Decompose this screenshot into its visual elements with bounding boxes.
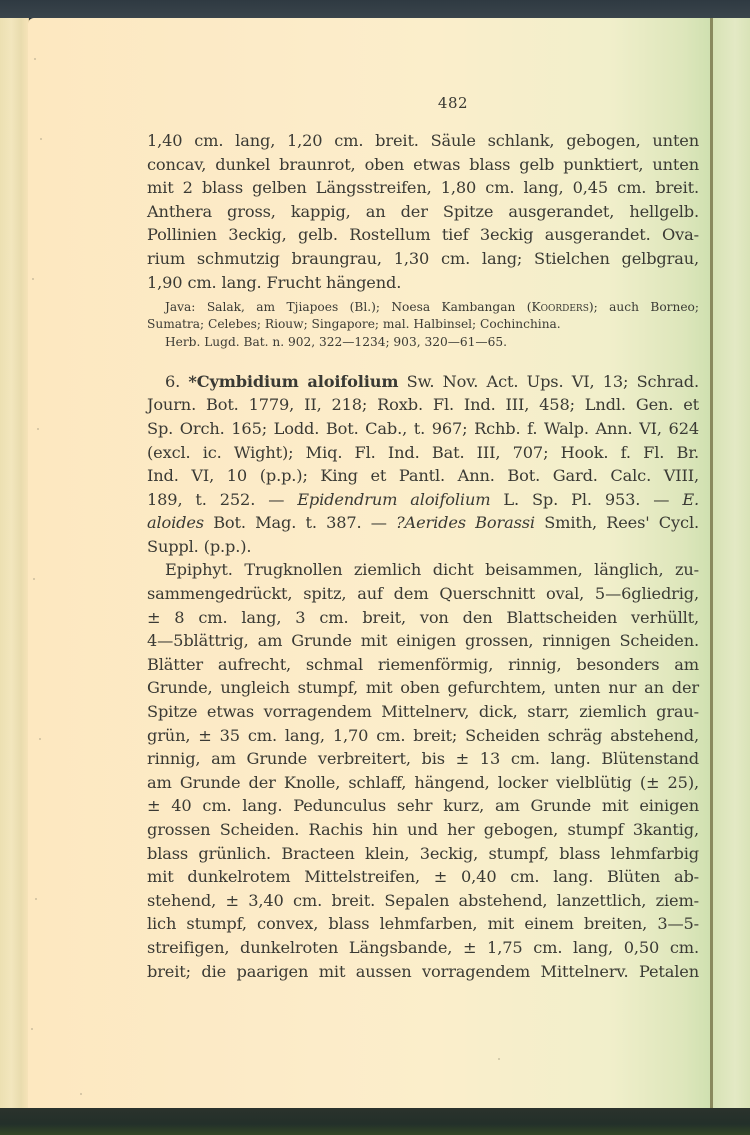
species-number: 6.: [165, 372, 180, 391]
text-line: Grunde, ungleich stumpf, mit oben gefurc…: [147, 676, 699, 700]
species-entry: 6. *Cymbidium aloifolium Sw. Nov. Act. U…: [147, 370, 699, 559]
text-line: grossen Scheiden. Rachis hin und her geb…: [147, 818, 699, 842]
text-line: Anthera gross, kappig, an der Spitze aus…: [147, 200, 699, 224]
text-line: 1,40 cm. lang, 1,20 cm. breit. Säule sch…: [147, 129, 699, 153]
text-line: Pollinien 3eckig, gelb. Rostellum tief 3…: [147, 223, 699, 247]
citation-line: Sp. Orch. 165; Lodd. Bot. Cab., t. 967; …: [147, 417, 699, 441]
citation-line: Ind. VI, 10 (p.p.); King et Pantl. Ann. …: [147, 464, 699, 488]
herbarium-reference: Herb. Lugd. Bat. n. 902, 322—1234; 903, …: [147, 334, 699, 351]
distribution-text: Java: Salak, am Tjiapoes (Bl.); Noesa Ka…: [165, 300, 532, 314]
distribution-line: Java: Salak, am Tjiapoes (Bl.); Noesa Ka…: [147, 299, 699, 316]
text-line: blass grünlich. Bracteen klein, 3eckig, …: [147, 842, 699, 866]
page-number: 482: [207, 94, 699, 112]
synonym-name: ?Aerides Borassi: [396, 513, 535, 532]
text-line: 1,90 cm. lang. Frucht hängend.: [147, 271, 699, 295]
citation-text: Bot. Mag. t. 387. —: [204, 513, 396, 532]
scan-bottom-border: [0, 1108, 750, 1135]
text-line: lich stumpf, convex, blass lehmfarben, m…: [147, 912, 699, 936]
paragraph-continued: 1,40 cm. lang, 1,20 cm. breit. Säule sch…: [147, 129, 699, 294]
species-name: *Cymbidium aloifolium: [188, 372, 398, 391]
text-line: am Grunde der Knolle, schlaff, hängend, …: [147, 771, 699, 795]
text-line: grün, ± 35 cm. lang, 1,70 cm. breit; Sch…: [147, 724, 699, 748]
citation-line: Suppl. (p.p.).: [147, 535, 699, 559]
text-line: concav, dunkel braunrot, oben etwas blas…: [147, 153, 699, 177]
distribution-note: Java: Salak, am Tjiapoes (Bl.); Noesa Ka…: [147, 299, 699, 351]
text-line: Spitze etwas vorragendem Mittelnerv, dic…: [147, 700, 699, 724]
distribution-text: ); auch Borneo;: [589, 300, 699, 314]
citation-line: (excl. ic. Wight); Miq. Fl. Ind. Bat. II…: [147, 441, 699, 465]
text-line: Blätter aufrecht, schmal riemenförmig, r…: [147, 653, 699, 677]
citation-line: aloides Bot. Mag. t. 387. — ?Aerides Bor…: [147, 511, 699, 535]
text-line: ± 40 cm. lang. Pedunculus sehr kurz, am …: [147, 794, 699, 818]
species-description: Epiphyt. Trugknollen ziemlich dicht beis…: [147, 558, 699, 983]
text-line: Epiphyt. Trugknollen ziemlich dicht beis…: [147, 558, 699, 582]
text-line: ± 8 cm. lang, 3 cm. breit, von den Blatt…: [147, 606, 699, 630]
citation-line: Journ. Bot. 1779, II, 218; Roxb. Fl. Ind…: [147, 393, 699, 417]
text-line: rinnig, am Grunde verbreitert, bis ± 13 …: [147, 747, 699, 771]
text-column: 482 1,40 cm. lang, 1,20 cm. breit. Säule…: [147, 94, 699, 983]
text-line: streifigen, dunkelroten Längsbande, ± 1,…: [147, 936, 699, 960]
scan-top-border: [0, 0, 750, 18]
citation-text: Smith, Rees' Cycl.: [535, 513, 699, 532]
synonym-name: E.: [682, 490, 699, 509]
text-line: breit; die paarigen mit aussen vorragend…: [147, 960, 699, 984]
text-line: sammengedrückt, spitz, auf dem Querschni…: [147, 582, 699, 606]
text-line: mit dunkelrotem Mittelstreifen, ± 0,40 c…: [147, 865, 699, 889]
citation-text: L. Sp. Pl. 953. —: [490, 490, 682, 509]
text-line: 4—5blättrig, am Grunde mit einigen gross…: [147, 629, 699, 653]
citation-text: Sw. Nov. Act. Ups. VI, 13; Schrad.: [407, 372, 699, 391]
book-gutter-left: [0, 18, 29, 1108]
text-line: stehend, ± 3,40 cm. breit. Sepalen abste…: [147, 889, 699, 913]
synonym-name: aloides: [147, 513, 204, 532]
text-line: mit 2 blass gelben Längsstreifen, 1,80 c…: [147, 176, 699, 200]
synonym-name: Epidendrum aloifolium: [297, 490, 490, 509]
distribution-line: Sumatra; Celebes; Riouw; Singapore; mal.…: [147, 316, 699, 333]
species-heading-line: 6. *Cymbidium aloifolium Sw. Nov. Act. U…: [147, 370, 699, 394]
citation-text: 189, t. 252. —: [147, 490, 297, 509]
text-line: rium schmutzig braungrau, 1,30 cm. lang;…: [147, 247, 699, 271]
next-page-leaf: [713, 18, 750, 1108]
collector-name: Koorders: [532, 300, 589, 314]
citation-line: 189, t. 252. — Epidendrum aloifolium L. …: [147, 488, 699, 512]
